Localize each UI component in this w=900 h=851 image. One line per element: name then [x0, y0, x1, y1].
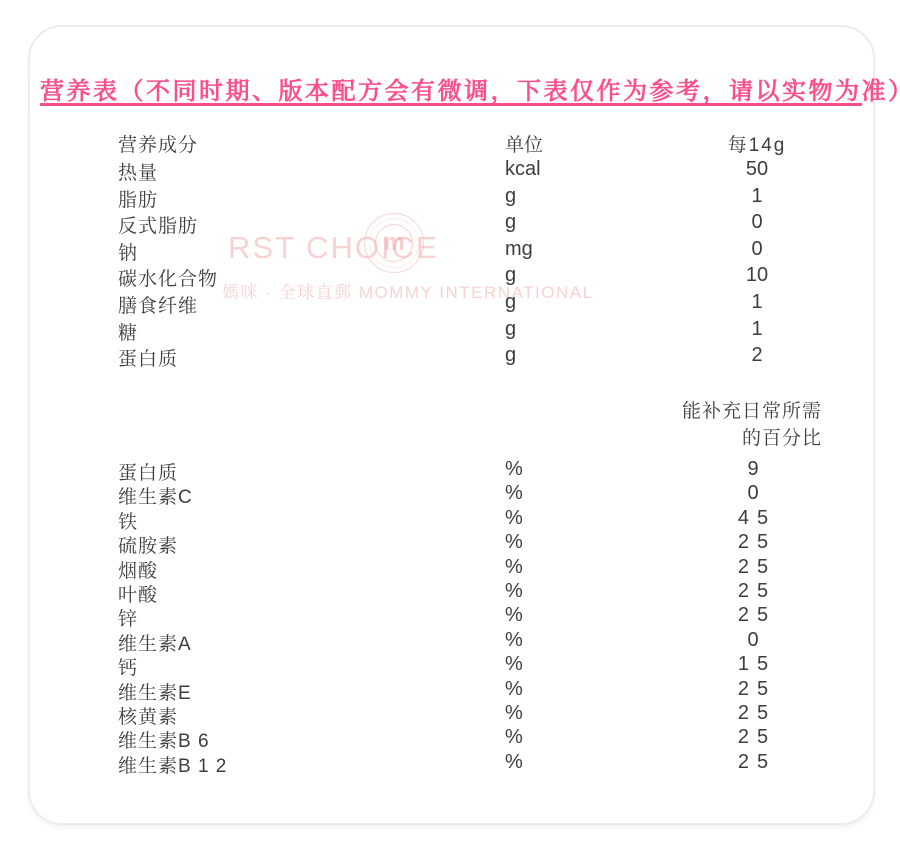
nutrient-label: 膳食纤维 [118, 291, 198, 318]
value-cell: 0 [680, 629, 834, 652]
unit-cell: g [505, 318, 516, 341]
unit-cell: % [505, 726, 523, 749]
daily-percent-table: 蛋白质%9维生素C%0铁%45硫胺素%25烟酸%25叶酸%25锌%25维生素A%… [30, 458, 873, 775]
nutrition-facts-table: 热量kcal50脂肪g1反式脂肪g0钠mg0碳水化合物g10膳食纤维g1糖g1蛋… [30, 158, 873, 371]
daily-percent-header-line1: 能补充日常所需 [502, 398, 822, 425]
unit-cell: g [505, 344, 516, 367]
table-row: 铁%45 [30, 507, 873, 531]
value-cell: 0 [680, 238, 834, 261]
nutrient-label: 铁 [118, 507, 138, 534]
nutrient-label: 钙 [118, 653, 138, 680]
table-row: 蛋白质%9 [30, 458, 873, 482]
table-row: 烟酸%25 [30, 556, 873, 580]
value-cell: 50 [680, 158, 834, 181]
table-row: 维生素A%0 [30, 629, 873, 653]
value-cell: 1 [680, 318, 834, 341]
table-row: 反式脂肪g0 [30, 211, 873, 238]
nutrient-label: 维生素A [118, 629, 192, 656]
table-header-row: 营养成分 单位 每14g [30, 130, 873, 157]
unit-cell: % [505, 531, 523, 554]
unit-cell: % [505, 556, 523, 579]
column-header-unit: 单位 [505, 130, 543, 157]
daily-percent-header: 能补充日常所需 的百分比 [502, 398, 822, 452]
unit-cell: kcal [505, 158, 541, 181]
page-title: 营养表（不同时期、版本配方会有微调，下表仅作为参考，请以实物为准） [40, 71, 863, 106]
table-row: 核黄素%25 [30, 702, 873, 726]
value-cell: 25 [680, 556, 834, 579]
unit-cell: g [505, 211, 516, 234]
nutrient-label: 糖 [118, 318, 138, 345]
value-cell: 25 [680, 751, 834, 774]
unit-cell: % [505, 482, 523, 505]
value-cell: 1 [680, 291, 834, 314]
table-row: 碳水化合物g10 [30, 264, 873, 291]
table-row: 钙%15 [30, 653, 873, 677]
value-cell: 25 [680, 531, 834, 554]
value-cell: 25 [680, 604, 834, 627]
nutrient-label: 锌 [118, 604, 138, 631]
table-row: 脂肪g1 [30, 185, 873, 212]
nutrient-label: 蛋白质 [118, 458, 178, 485]
value-cell: 1 [680, 185, 834, 208]
nutrient-label: 热量 [118, 158, 158, 185]
value-cell: 15 [680, 653, 834, 676]
table-row: 维生素C%0 [30, 482, 873, 506]
nutrient-label: 维生素B 1 2 [118, 751, 227, 778]
unit-cell: g [505, 264, 516, 287]
table-row: 膳食纤维g1 [30, 291, 873, 318]
nutrient-label: 核黄素 [118, 702, 178, 729]
table-row: 维生素B 1 2%25 [30, 751, 873, 775]
unit-cell: % [505, 604, 523, 627]
table-row: 叶酸%25 [30, 580, 873, 604]
nutrient-label: 反式脂肪 [118, 211, 198, 238]
value-cell: 25 [680, 678, 834, 701]
unit-cell: mg [505, 238, 533, 261]
nutrient-label: 脂肪 [118, 185, 158, 212]
title-underline [40, 103, 862, 106]
unit-cell: % [505, 678, 523, 701]
daily-percent-header-line2: 的百分比 [502, 425, 822, 452]
table-row: 蛋白质g2 [30, 344, 873, 371]
value-cell: 45 [680, 507, 834, 530]
unit-cell: g [505, 185, 516, 208]
unit-cell: % [505, 580, 523, 603]
value-cell: 25 [680, 580, 834, 603]
unit-cell: % [505, 751, 523, 774]
unit-cell: % [505, 653, 523, 676]
nutrient-label: 烟酸 [118, 556, 158, 583]
value-cell: 10 [680, 264, 834, 287]
table-row: 糖g1 [30, 318, 873, 345]
nutrient-label: 维生素B 6 [118, 726, 210, 753]
table-row: 维生素E%25 [30, 678, 873, 702]
value-cell: 0 [680, 211, 834, 234]
nutrient-label: 叶酸 [118, 580, 158, 607]
value-cell: 2 [680, 344, 834, 367]
value-cell: 9 [680, 458, 834, 481]
nutrient-label: 蛋白质 [118, 344, 178, 371]
value-cell: 25 [680, 726, 834, 749]
value-cell: 0 [680, 482, 834, 505]
table-row: 锌%25 [30, 604, 873, 628]
table-row: 热量kcal50 [30, 158, 873, 185]
nutrient-label: 维生素E [118, 678, 192, 705]
table-row: 维生素B 6%25 [30, 726, 873, 750]
nutrition-card: RST CHOICE m 媽咪 · 全球直郵 MOMMY INTERNATION… [28, 25, 875, 825]
value-cell: 25 [680, 702, 834, 725]
nutrient-label: 钠 [118, 238, 138, 265]
unit-cell: % [505, 629, 523, 652]
table-row: 钠mg0 [30, 238, 873, 265]
unit-cell: % [505, 458, 523, 481]
nutrient-label: 硫胺素 [118, 531, 178, 558]
nutrient-label: 碳水化合物 [118, 264, 218, 291]
column-header-component: 营养成分 [118, 130, 198, 157]
table-row: 硫胺素%25 [30, 531, 873, 555]
unit-cell: % [505, 507, 523, 530]
unit-cell: % [505, 702, 523, 725]
column-header-per-serving: 每14g [680, 130, 834, 157]
unit-cell: g [505, 291, 516, 314]
nutrient-label: 维生素C [118, 482, 193, 509]
